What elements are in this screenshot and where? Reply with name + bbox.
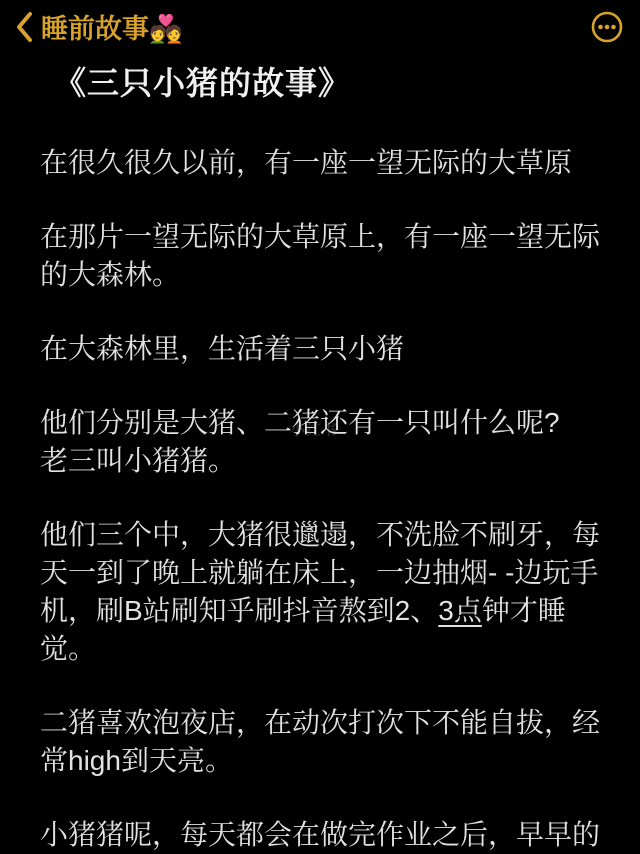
navbar: 睡前故事💑 xyxy=(0,0,640,52)
text-line: 在大森林里，生活着三只小猪 xyxy=(40,330,636,368)
paragraph-1: 在很久很久以前，有一座一望无际的大草原 xyxy=(40,144,636,182)
story-title: 《三只小猪的故事》 xyxy=(54,58,351,104)
paragraph-5: 他们三个中，大猪很邋遢，不洗脸不刷牙，每 天一到了晚上就躺在床上，一边抽烟- -… xyxy=(40,516,636,668)
paragraph-6: 二猪喜欢泡夜店，在动次打次下不能自拔，经 常high到天亮。 xyxy=(40,704,636,780)
text-run: 机，刷B站刷知乎刷抖音熬到2、 xyxy=(40,595,438,626)
circled-ellipsis-icon xyxy=(590,10,624,49)
more-button[interactable] xyxy=(590,12,624,46)
text-line: 在很久很久以前，有一座一望无际的大草原 xyxy=(40,144,636,182)
text-line: 他们分别是大猪、二猪还有一只叫什么呢? xyxy=(40,404,636,442)
chevron-left-icon xyxy=(14,10,36,49)
story-content: 在很久很久以前，有一座一望无际的大草原 在那片一望无际的大草原上，有一座一望无际… xyxy=(40,144,636,854)
text-line: 的大森林。 xyxy=(40,256,636,294)
app-screen: 睡前故事💑 小红书 《三只小猪的故事》 在很久很久以前，有一座一望无际的大草原 … xyxy=(0,0,640,854)
text-line: 他们三个中，大猪很邋遢，不洗脸不刷牙，每 xyxy=(40,516,636,554)
paragraph-4: 他们分别是大猪、二猪还有一只叫什么呢? 老三叫小猪猪。 xyxy=(40,404,636,480)
text-run: 钟才睡 xyxy=(482,595,566,626)
text-line: 在那片一望无际的大草原上，有一座一望无际 xyxy=(40,218,636,256)
text-line: 觉。 xyxy=(40,630,636,668)
paragraph-7: 小猪猪呢，每天都会在做完作业之后，早早的 xyxy=(40,816,636,854)
nav-title[interactable]: 睡前故事💑 xyxy=(41,12,183,46)
back-button[interactable]: 睡前故事💑 xyxy=(14,10,183,49)
text-line: 机，刷B站刷知乎刷抖音熬到2、3点钟才睡 xyxy=(40,592,636,630)
underlined-text: 3点 xyxy=(438,595,482,626)
text-line: 天一到了晚上就躺在床上，一边抽烟- -边玩手 xyxy=(40,554,636,592)
text-line: 常high到天亮。 xyxy=(40,742,636,780)
paragraph-3: 在大森林里，生活着三只小猪 xyxy=(40,330,636,368)
text-line: 小猪猪呢，每天都会在做完作业之后，早早的 xyxy=(40,816,636,854)
text-line: 老三叫小猪猪。 xyxy=(40,442,636,480)
text-line: 二猪喜欢泡夜店，在动次打次下不能自拔，经 xyxy=(40,704,636,742)
paragraph-2: 在那片一望无际的大草原上，有一座一望无际 的大森林。 xyxy=(40,218,636,294)
